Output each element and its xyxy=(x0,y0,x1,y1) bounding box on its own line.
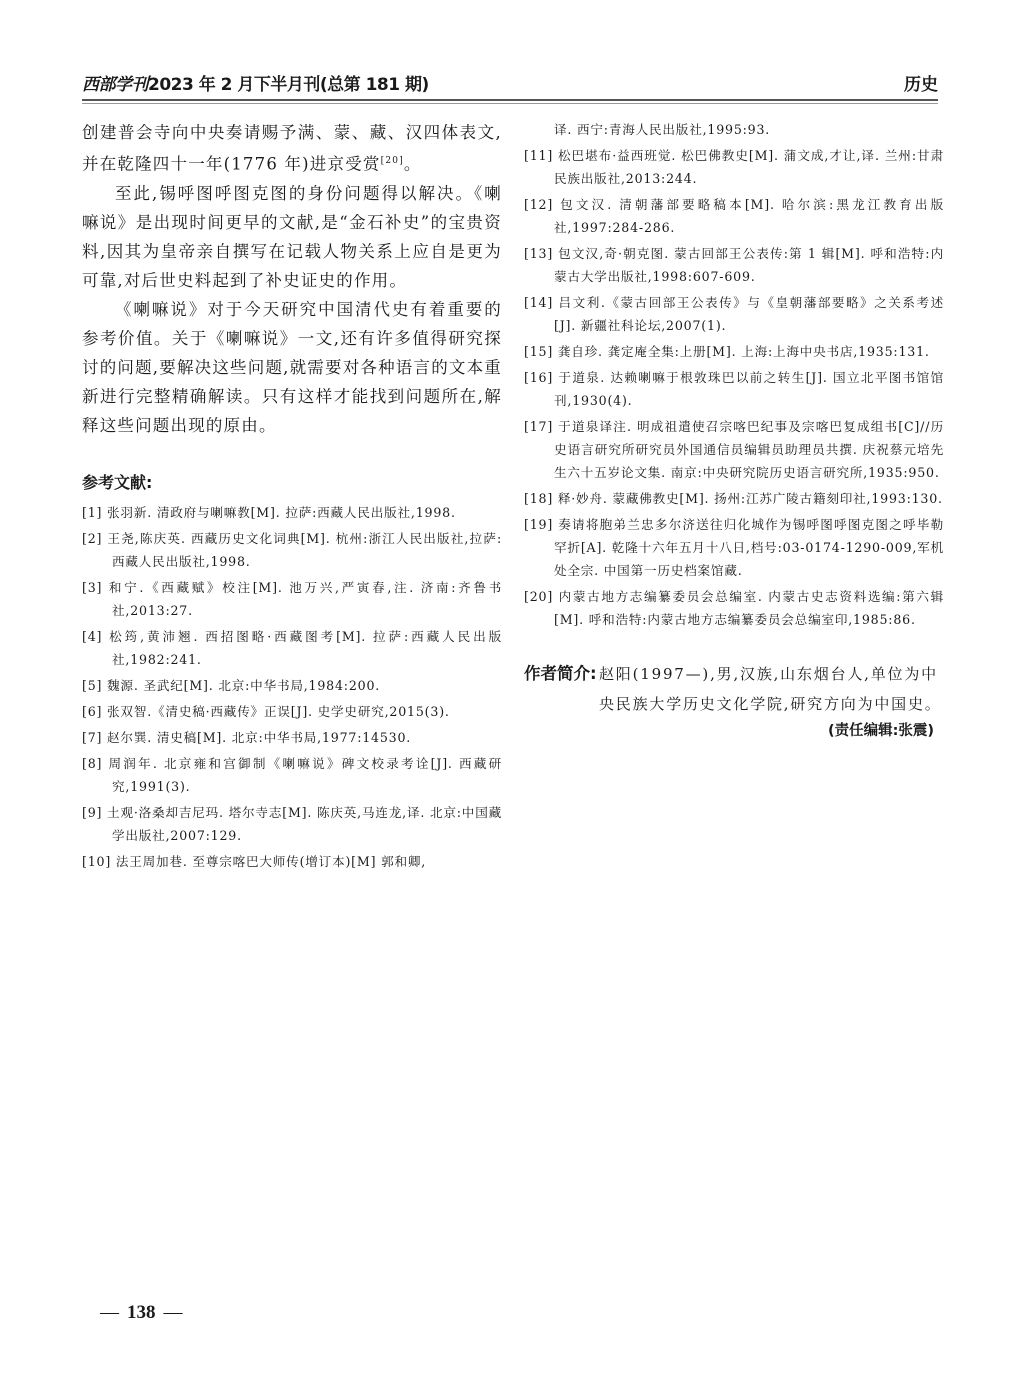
header-rule-thick xyxy=(82,99,938,101)
right-column: 译. 西宁:青海人民出版社,1995:93. [11] 松巴堪布·益西班觉. 松… xyxy=(524,118,944,740)
reference-item: [9] 土观·洛桑却吉尼玛. 塔尔寺志[M]. 陈庆英,马连龙,译. 北京:中国… xyxy=(82,801,502,847)
journal-logo: 西部学刊 xyxy=(82,75,148,95)
body-paragraph-3: 《喇嘛说》对于今天研究中国清代史有着重要的参考价值。关于《喇嘛说》一文,还有许多… xyxy=(82,295,502,440)
body-paragraph-2: 至此,锡呼图呼图克图的身份问题得以解决。《喇嘛说》是出现时间更早的文献,是“金石… xyxy=(82,179,502,295)
reference-item: [11] 松巴堪布·益西班觉. 松巴佛教史[M]. 蒲文成,才让,译. 兰州:甘… xyxy=(524,144,944,190)
reference-item: [15] 龚自珍. 龚定庵全集:上册[M]. 上海:上海中央书店,1935:13… xyxy=(524,340,944,363)
reference-item: [16] 于道泉. 达赖喇嘛于根敦珠巴以前之转生[J]. 国立北平图书馆馆刊,1… xyxy=(524,366,944,412)
reference-item: [2] 王尧,陈庆英. 西藏历史文化词典[M]. 杭州:浙江人民出版社,拉萨:西… xyxy=(82,527,502,573)
reference-item: [7] 赵尔巽. 清史稿[M]. 北京:中华书局,1977:14530. xyxy=(82,726,502,749)
page-footer: —138— xyxy=(92,1302,191,1324)
reference-item: [20] 内蒙古地方志编纂委员会总编室. 内蒙古史志资料选编:第六辑[M]. 呼… xyxy=(524,585,944,631)
reference-item: [12] 包文汉. 清朝藩部要略稿本[M]. 哈尔滨:黑龙江教育出版社,1997… xyxy=(524,193,944,239)
issue-info: 2023 年 2 月下半月刊(总第 181 期) xyxy=(148,75,429,95)
paragraph-text: 创建普会寺向中央奏请赐予满、蒙、藏、汉四体表文,并在乾隆四十一年(1776 年)… xyxy=(82,123,502,174)
reference-item: [3] 和宁.《西藏赋》校注[M]. 池万兴,严寅春,注. 济南:齐鲁书社,20… xyxy=(82,576,502,622)
citation-mark: [20] xyxy=(381,156,404,166)
journal-issue-line: 西部学刊2023 年 2 月下半月刊(总第 181 期) xyxy=(82,70,429,95)
reference-item: [13] 包文汉,奇·朝克图. 蒙古回部王公表传:第 1 辑[M]. 呼和浩特:… xyxy=(524,242,944,288)
paragraph-end: 。 xyxy=(404,155,422,174)
page-number: 138 xyxy=(127,1302,156,1323)
references-heading: 参考文献: xyxy=(82,470,502,493)
reference-item: [17] 于道泉译注. 明成祖遣使召宗喀巴纪事及宗喀巴复成组书[C]//历史语言… xyxy=(524,415,944,484)
responsible-editor: (责任编辑:张震) xyxy=(524,719,944,740)
author-bio-label: 作者简介: xyxy=(524,659,597,689)
reference-item: [5] 魏源. 圣武纪[M]. 北京:中华书局,1984:200. xyxy=(82,674,502,697)
reference-item: [10] 法王周加巷. 至尊宗喀巴大师传(增订本)[M] 郭和卿, xyxy=(82,850,502,873)
reference-item-continued: 译. 西宁:青海人民出版社,1995:93. xyxy=(524,118,944,141)
section-label: 历史 xyxy=(904,70,938,95)
reference-item: [18] 释·妙舟. 蒙藏佛教史[M]. 扬州:江苏广陵古籍刻印社,1993:1… xyxy=(524,487,944,510)
reference-item: [6] 张双智.《清史稿·西藏传》正误[J]. 史学史研究,2015(3). xyxy=(82,700,502,723)
reference-item: [8] 周润年. 北京雍和宫御制《喇嘛说》碑文校录考诠[J]. 西藏研究,199… xyxy=(82,752,502,798)
header-rule-thin xyxy=(82,103,938,104)
left-column: 创建普会寺向中央奏请赐予满、蒙、藏、汉四体表文,并在乾隆四十一年(1776 年)… xyxy=(82,118,502,876)
body-paragraph-1: 创建普会寺向中央奏请赐予满、蒙、藏、汉四体表文,并在乾隆四十一年(1776 年)… xyxy=(82,118,502,179)
reference-item: [14] 吕文利.《蒙古回部王公表传》与《皇朝藩部要略》之关系考述[J]. 新疆… xyxy=(524,291,944,337)
running-header: 西部学刊2023 年 2 月下半月刊(总第 181 期) 历史 xyxy=(82,68,938,98)
reference-item: [19] 奏请将胞弟兰忠多尔济送往归化城作为锡呼图呼图克图之呼毕勒罕折[A]. … xyxy=(524,513,944,582)
reference-item: [1] 张羽新. 清政府与喇嘛教[M]. 拉萨:西藏人民出版社,1998. xyxy=(82,501,502,524)
footer-dash-left: — xyxy=(100,1302,119,1323)
reference-item: [4] 松筠,黄沛翘. 西招图略·西藏图考[M]. 拉萨:西藏人民出版社,198… xyxy=(82,625,502,671)
author-bio: 作者简介: 赵阳(1997—),男,汉族,山东烟台人,单位为中央民族大学历史文化… xyxy=(524,659,944,719)
footer-dash-right: — xyxy=(164,1302,183,1323)
